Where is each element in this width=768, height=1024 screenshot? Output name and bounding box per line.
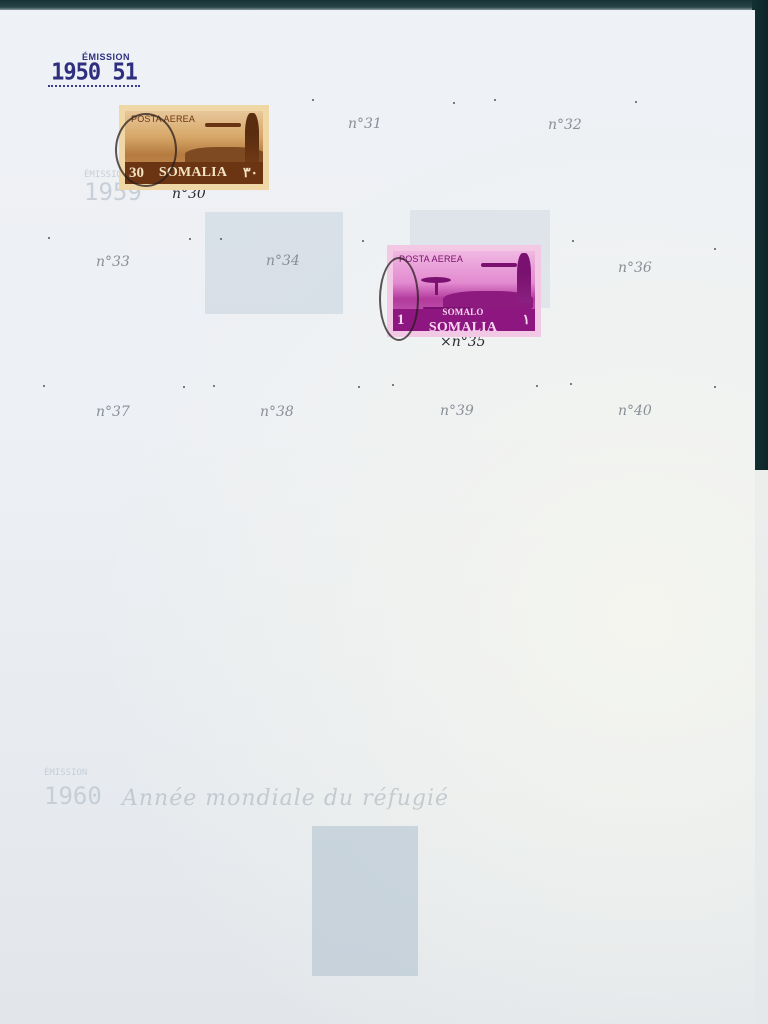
stamp-arabic-value: ٣٠ [238, 165, 263, 182]
corner-dot [392, 384, 394, 386]
slot-number-40: n°40 [618, 403, 652, 419]
emission-header: ÉMISSION 1950 51 [48, 52, 140, 87]
corner-dot [362, 240, 364, 242]
corner-dot [189, 238, 191, 240]
corner-dot [635, 101, 637, 103]
corner-dot [714, 248, 716, 250]
corner-dot [43, 385, 45, 387]
stamp-country: SOMALO SOMALIA [409, 304, 518, 331]
ghost-title-refugee-year: Année mondiale du réfugié [122, 786, 449, 811]
slot-number-33: n°33 [96, 254, 130, 270]
slot-number-34: n°34 [266, 253, 300, 269]
ghost-stamp-frame [312, 826, 418, 976]
stamp-somalia-1-somalo[interactable]: POSTA AEREA 1 SOMALO SOMALIA ١ [387, 245, 541, 337]
stamp-country-name: SOMALIA [429, 320, 497, 331]
palm-tree-icon [517, 253, 531, 303]
corner-dot [220, 238, 222, 240]
corner-dot [714, 386, 716, 388]
corner-dot [494, 99, 496, 101]
stamp-arabic-value: ١ [517, 312, 535, 329]
postmark-cancel [115, 113, 177, 187]
ghost-emission-label: ÉMISSION [44, 768, 87, 778]
slot-number-36: n°36 [618, 260, 652, 276]
corner-dot [570, 383, 572, 385]
corner-dot [312, 99, 314, 101]
emission-years: 1950 51 [48, 61, 140, 84]
corner-dot [213, 385, 215, 387]
postmark-cancel [379, 257, 419, 341]
ghost-year-1960: 1960 [44, 782, 102, 810]
acacia-trunk [435, 281, 438, 295]
palm-tree-icon [245, 113, 259, 163]
corner-dot [183, 386, 185, 388]
stamp-somalia-30-cent[interactable]: POSTA AEREA 30 SOMALIA ٣٠ [119, 105, 269, 190]
corner-dot [572, 240, 574, 242]
airplane-icon [481, 263, 517, 267]
corner-dot [453, 102, 455, 104]
corner-dot [358, 386, 360, 388]
stamp-currency: SOMALO [442, 307, 483, 317]
corner-dot [48, 237, 50, 239]
slot-number-39: n°39 [440, 403, 474, 419]
slot-number-31: n°31 [348, 116, 382, 132]
airplane-icon [205, 123, 241, 127]
slot-number-38: n°38 [260, 404, 294, 420]
corner-dot [536, 385, 538, 387]
slot-number-32: n°32 [548, 117, 582, 133]
album-page: ÉMISSION 1959 ÉMISSION 1960 Année mondia… [0, 10, 755, 1024]
slot-number-37: n°37 [96, 404, 130, 420]
